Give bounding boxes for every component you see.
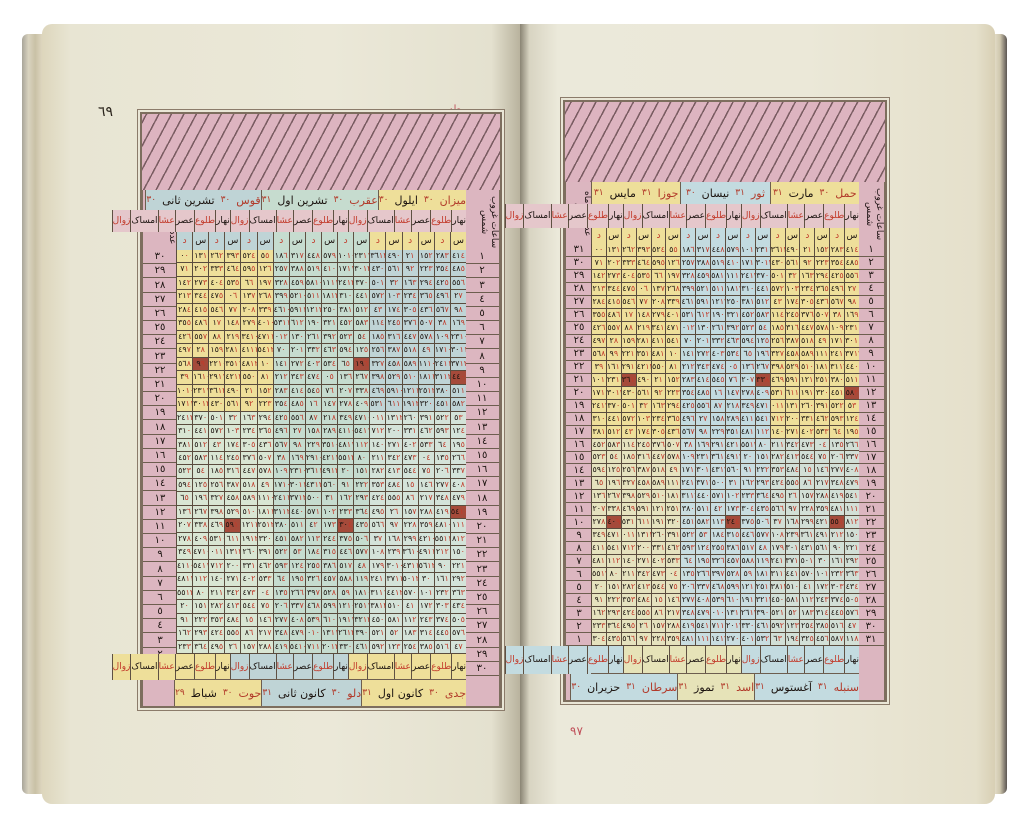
table-cell: ٢٢٣ xyxy=(418,263,434,276)
table-cell: ٤١٣ xyxy=(224,600,240,613)
table-cell: ٢٢٨ xyxy=(799,503,814,516)
table-cell: ١٤٠ xyxy=(770,426,785,439)
column-header: طلوع xyxy=(312,210,333,232)
table-cell: ١٨٥ xyxy=(369,331,385,344)
left-row-number-column: عدد ایام ماه رومی ٣٠٢٩٢٨٢٧٢٦٢٥٢٤٢٣٢٢٢١٢٠… xyxy=(142,190,178,706)
table-cell: ٢٣١٠ xyxy=(289,465,305,478)
table-cell: ١٨١٢ xyxy=(725,283,740,296)
table-cell: ٣٣٠ xyxy=(740,620,755,633)
table-cell: ٤١٣ xyxy=(385,465,401,478)
table-cell: ٢٢٢ xyxy=(755,464,770,477)
table-cell: ١٧٢ xyxy=(814,581,829,594)
table-cell: ١٥١ xyxy=(755,451,770,464)
table-cell: ٢٧١ xyxy=(224,573,240,586)
table-cell: ٤٦١٠ xyxy=(680,296,695,309)
table-cell: ٣٣٩ xyxy=(257,304,273,317)
table-cell: ٦٦ xyxy=(651,270,666,283)
table-cell: ٥٣٤ xyxy=(725,348,740,361)
table-cell: ٥٢٩ xyxy=(224,506,240,519)
table-cell: ٢٢٢ xyxy=(353,479,369,492)
table-cell: ١٦١ xyxy=(829,555,844,568)
table-cell: ١٣١ xyxy=(192,250,208,263)
table-cell: ٣١٧ xyxy=(695,244,710,257)
table-cell: ٤٠٣ xyxy=(710,348,725,361)
unit-header: س xyxy=(695,228,710,244)
table-cell: ١٢٤ xyxy=(844,413,859,426)
table-cell: ٤٩٥ xyxy=(621,620,636,633)
table-cell: ٧١ xyxy=(176,263,192,276)
table-cell: ٢٩١٠ xyxy=(305,452,321,465)
table-cell: ٦١١ xyxy=(785,387,800,400)
table-cell: ١٦١ xyxy=(434,573,450,586)
table-cell: ٣٦١٠ xyxy=(799,529,814,542)
row-number: ١٨ xyxy=(858,464,884,477)
table-cell: ١٢١١ xyxy=(240,519,256,532)
table-cell: ٣٠١١ xyxy=(450,344,466,357)
month-days: ٣٠ xyxy=(571,682,581,692)
table-cell: ٤٨١٠ xyxy=(680,633,695,646)
table-cell: ٥٣١٠ xyxy=(621,516,636,529)
table-cell: ٤١٥ xyxy=(192,304,208,317)
table-cell: ١٩٥ xyxy=(844,426,859,439)
table-cell: ١٣١٢ xyxy=(785,400,800,413)
table-cell: ٥٢٣ xyxy=(176,465,192,478)
table-cell: ٥٢٤ xyxy=(651,244,666,257)
table-cell: ٨٠ xyxy=(755,439,770,452)
table-cell: ٢١١ xyxy=(369,452,385,465)
table-cell: ١٤٦ xyxy=(665,594,680,607)
month-name: مایس xyxy=(610,187,636,200)
unit-header: د xyxy=(434,232,450,250)
unit-header: س xyxy=(844,228,859,244)
table-cell: ١٨١١ xyxy=(257,506,273,519)
table-cell: ٤٣٠ xyxy=(770,257,785,270)
table-cell: ٢٦٧ xyxy=(192,506,208,519)
table-cell: ٥٤٦ xyxy=(621,296,636,309)
table-cell: ٢٧١ xyxy=(636,555,651,568)
table-cell: ٣٦٤ xyxy=(606,620,621,633)
table-cell: ٢٤٥ xyxy=(785,309,800,322)
table-cell: ٣٤٢ xyxy=(385,452,401,465)
table-cell: ١٥٧ xyxy=(240,641,256,654)
table-cell: ١٢٥ xyxy=(755,335,770,348)
table-cell: ٢٦ xyxy=(385,506,401,519)
table-cell: ٢١٢ xyxy=(434,546,450,559)
row-number: ٢٢ xyxy=(465,548,499,562)
table-cell: ٢٢١٠ xyxy=(621,348,636,361)
table-cell: ٥٣ xyxy=(450,412,466,425)
table-cell: ٥٦٦ xyxy=(621,633,636,646)
table-cell: ٣٢٠ xyxy=(418,398,434,411)
table-cell: ١٤٨ xyxy=(636,309,651,322)
column-header: عشا xyxy=(394,210,411,232)
table-cell: ٥٧٨ xyxy=(665,451,680,464)
row-number: ٢٦ xyxy=(465,605,499,619)
table-cell: ٥٩٩ xyxy=(321,600,337,613)
table-cell: ٥٤١٢ xyxy=(665,335,680,348)
table-cell: ٦١١ xyxy=(636,516,651,529)
table-cell: ٤١ xyxy=(799,581,814,594)
row-number: ٢٦ xyxy=(566,309,592,322)
table-cell: ٣٨٧ xyxy=(636,464,651,477)
table-cell: ٣٣٣ xyxy=(621,257,636,270)
column-header: نهار xyxy=(726,204,741,228)
table-cell: ٤٤١٢ xyxy=(385,587,401,600)
table-cell: ١٢٣ xyxy=(785,620,800,633)
table-cell: ٤٦٩ xyxy=(369,385,385,398)
column-header: امساک xyxy=(523,204,550,228)
table-cell: ٥٢٣ xyxy=(337,331,353,344)
table-cell: ٢٥٧ xyxy=(273,263,289,276)
column-header: زوال xyxy=(741,646,760,674)
row-number: ٣ xyxy=(858,270,884,283)
table-cell: ٣٥١١ xyxy=(636,348,651,361)
column-header: نهار xyxy=(451,654,466,680)
table-cell: ٠٦ xyxy=(224,290,240,303)
table-cell: ٢٠٧ xyxy=(740,374,755,387)
table-cell: ٣٥٩ xyxy=(418,519,434,532)
table-cell: ٥١٠ xyxy=(385,600,401,613)
table-cell: ٩٨ xyxy=(695,426,710,439)
table-cell: ٥٨١ xyxy=(385,614,401,627)
column-header: طلوع xyxy=(587,646,608,674)
unit-header: د xyxy=(680,228,695,244)
table-cell: ٣٢ xyxy=(385,277,401,290)
table-cell: ١٠١٠ xyxy=(740,244,755,257)
column-header: عصر xyxy=(293,210,312,232)
month-footer: سرطان٣١حزیران٣٠ xyxy=(570,674,677,700)
table-cell: ٢٦٨ xyxy=(665,283,680,296)
table-cell: ٥٧٩ xyxy=(321,250,337,263)
month-header: عقرب٣٠تشرین اول٣١ xyxy=(261,190,378,210)
table-cell: ٣٠١٠ xyxy=(385,560,401,573)
table-cell: ٥١٧ xyxy=(337,560,353,573)
row-number: ٧ xyxy=(143,577,177,591)
row-number: ٢٦ xyxy=(143,307,177,321)
table-cell: ٢٩٣ xyxy=(755,477,770,490)
table-cell: ٥١٨ xyxy=(799,335,814,348)
table-cell: ١٧١٠ xyxy=(680,464,695,477)
table-cell: ٥٣٥ xyxy=(636,270,651,283)
table-cell: ٥٤٤ xyxy=(651,581,666,594)
table-cell: ١٩٠ xyxy=(305,317,321,330)
table-cell: ٣١٤ xyxy=(814,607,829,620)
row-number: ٥ xyxy=(465,307,499,321)
column-header-row: نهارطلوععصرعشاامساکزوالنهارطلوععصرعشاامس… xyxy=(176,210,466,232)
table-cell: ١١٩ xyxy=(353,573,369,586)
table-cell: ٢٠٨ xyxy=(240,304,256,317)
table-cell: ٤٧٩ xyxy=(450,492,466,505)
folio-number: ٦٩ xyxy=(98,104,113,120)
row-number: ١٥ xyxy=(143,463,177,477)
row-number: ٦ xyxy=(465,321,499,335)
table-cell: ٣٢١٢ xyxy=(353,614,369,627)
table-cell: ٥٩٩ xyxy=(725,581,740,594)
row-number: ٤ xyxy=(465,293,499,307)
table-cell: ٥٧١ xyxy=(710,490,725,503)
column-header: نهار xyxy=(726,646,741,674)
table-cell: ٤٦٩ xyxy=(208,519,224,532)
table-cell: ٤٤٨ xyxy=(710,244,725,257)
column-header: عصر xyxy=(175,210,194,232)
table-cell: ٣٤٤ xyxy=(192,290,208,303)
highlighted-cell: ٣٣٨ xyxy=(755,374,770,387)
table-cell: ٣٩٧ xyxy=(305,587,321,600)
table-cell: ٣٢ xyxy=(224,412,240,425)
table-cell: ٤٣ xyxy=(369,304,385,317)
unit-header: س xyxy=(814,228,829,244)
table-cell: ٤١٠ xyxy=(321,263,337,276)
page-mark: ٩٧ xyxy=(570,724,583,738)
column-header: عصر xyxy=(411,210,430,232)
table-cell: ٤٤٥ xyxy=(434,627,450,640)
table-cell: ٥٢٨ xyxy=(725,568,740,581)
table-cell: ١٠١٠ xyxy=(176,385,192,398)
table-cell: ٣٨٧ xyxy=(385,344,401,357)
table-cell: ٢٨٨ xyxy=(814,490,829,503)
month-days: ٣١ xyxy=(262,688,272,698)
table-cell: ٥٩٢ xyxy=(369,641,385,654)
row-number: ٣١ xyxy=(858,633,884,646)
table-cell: ٤١٤ xyxy=(289,385,305,398)
table-cell: ١٩٦ xyxy=(192,492,208,505)
unit-header: د xyxy=(369,232,385,250)
table-cell: ٢٨٢ xyxy=(621,581,636,594)
table-cell: ٥٥١٢ xyxy=(740,439,755,452)
table-cell: ٤٣٤ xyxy=(450,600,466,613)
row-number: ٢٨ xyxy=(566,283,592,296)
table-cell: ٧٠ xyxy=(680,335,695,348)
table-cell: ١٧٣ xyxy=(725,503,740,516)
table-cell: ٢٠٦ xyxy=(434,465,450,478)
table-cell: ١٧٤ xyxy=(785,296,800,309)
table-cell: ٣٨٧ xyxy=(785,335,800,348)
row-number: ٤ xyxy=(566,594,592,607)
table-cell: ٣٧٤ xyxy=(829,594,844,607)
table-cell: ٥٧٠ xyxy=(799,568,814,581)
table-cell: ٥٩ xyxy=(337,587,353,600)
row-number: ٧ xyxy=(566,555,592,568)
table-cell: ٤٤٨ xyxy=(305,250,321,263)
table-cell: ٥٨١ xyxy=(785,594,800,607)
table-cell: ٤٨٦ xyxy=(606,309,621,322)
row-number: ٢٣ xyxy=(566,348,592,361)
table-cell: ٤٠٨ xyxy=(844,464,859,477)
table-cell: ٧٠ xyxy=(273,344,289,357)
table-cell: ٢٣٩ xyxy=(785,529,800,542)
table-cell: ٣٧٠ xyxy=(353,277,369,290)
table-cell: ١٥٩ xyxy=(208,344,224,357)
row-number: ٣٠ xyxy=(566,257,592,270)
table-cell: ٢٥٦ xyxy=(369,344,385,357)
table-cell: ٥١٢ xyxy=(755,296,770,309)
zodiac-name: میزان xyxy=(440,194,466,207)
zodiac-days: ٣٠ xyxy=(223,688,233,698)
month-days: ٣١ xyxy=(678,682,688,692)
table-cell: ٤١١٠ xyxy=(337,425,353,438)
table-cell: ٨٦ xyxy=(799,477,814,490)
table-cell: ٣٤٩ xyxy=(337,412,353,425)
table-cell: ٣٤٨ xyxy=(680,607,695,620)
table-cell: ١٣١ xyxy=(606,244,621,257)
table-cell: ٣٨١ xyxy=(740,296,755,309)
month-days: ٣١ xyxy=(362,688,372,698)
table-cell: ٥٧٧ xyxy=(353,546,369,559)
table-cell: ١١١ xyxy=(450,519,466,532)
table-cell: ١٤٦ xyxy=(418,479,434,492)
table-cell: ٣٧٥ xyxy=(337,533,353,546)
table-cell: ٢١٧ xyxy=(418,492,434,505)
zodiac-days: ٣١ xyxy=(642,188,652,198)
row-number: ١٨ xyxy=(465,491,499,505)
column-header: طلوع xyxy=(705,204,726,228)
table-cell: ٤٥٨ xyxy=(636,477,651,490)
row-number: ٢٠ xyxy=(465,520,499,534)
data-grid: ٠٠١٣١٢٦٢٣٩٣٥٢٤٥٥١٨٦٣١٧٤٤٨٥٧٩١٠١٠٢٣١١٣٦١٢… xyxy=(591,244,859,646)
table-cell: ٥٠١٢ xyxy=(402,573,418,586)
table-cell: ٢٧ xyxy=(695,413,710,426)
table-cell: ١١٤ xyxy=(369,317,385,330)
table-cell: ٤٢١١ xyxy=(321,452,337,465)
table-cell: ١٤٨ xyxy=(224,317,240,330)
table-cell: ٣٧٥ xyxy=(740,516,755,529)
table-cell: ٤٢ xyxy=(305,519,321,532)
table-cell: ٧٥ xyxy=(814,451,829,464)
table-cell: ٣٢ xyxy=(636,400,651,413)
month-header: قوس٣٠تشرین ثانی٣٠ xyxy=(145,190,260,210)
row-number: ٧ xyxy=(858,322,884,335)
table-cell: ٣٠٣ xyxy=(829,581,844,594)
table-cell: ٣٣١ xyxy=(651,542,666,555)
table-cell: ٢٦٦ xyxy=(695,568,710,581)
unit-header: س xyxy=(418,232,434,250)
row-number: ٢٨ xyxy=(143,278,177,292)
row-number: ١١ xyxy=(566,503,592,516)
table-cell: ١٩١٢ xyxy=(799,387,814,400)
highlighted-cell: ٣٠٤ xyxy=(337,519,353,532)
highlighted-cell: ٥٨٢ xyxy=(844,387,859,400)
table-cell: ١٨٣ xyxy=(799,607,814,620)
table-cell: ٤٩١٢ xyxy=(725,451,740,464)
table-cell: ٤٦٤ xyxy=(224,263,240,276)
table-cell: ٢٢٣ xyxy=(814,257,829,270)
table-cell: ١٦١٠ xyxy=(606,361,621,374)
table-cell: ٤١٤ xyxy=(844,244,859,257)
table-cell: ٧٦ xyxy=(725,374,740,387)
table-cell: ٥١١ xyxy=(710,283,725,296)
table-cell: ٤٢١٠ xyxy=(418,533,434,546)
table-cell: ١٨١٢ xyxy=(321,290,337,303)
table-cell: ١٨٦ xyxy=(680,244,695,257)
row-number: ٣ xyxy=(143,633,177,647)
table-cell: ٥٩٢ xyxy=(770,620,785,633)
right-foot-label xyxy=(465,678,499,704)
table-cell: ٤٧٤ xyxy=(305,371,321,384)
table-cell: ٢٥١٢ xyxy=(814,374,829,387)
row-number: ١٢ xyxy=(465,406,499,420)
row-number: ٩ xyxy=(566,529,592,542)
table-cell: ٣٧١٢ xyxy=(844,348,859,361)
table-cell: ٥٢٤ xyxy=(240,250,256,263)
table-cell: ٥٩ xyxy=(740,568,755,581)
table-cell: ٢٥٦ xyxy=(770,335,785,348)
row-number: ٢٧ xyxy=(858,581,884,594)
table-cell: ١٧١٠ xyxy=(434,344,450,357)
table-cell: ٨٨ xyxy=(621,322,636,335)
table-cell: ٤٨١٠ xyxy=(829,503,844,516)
table-cell: ٢٨٣ xyxy=(434,250,450,263)
table-cell: ٢٤١١ xyxy=(273,492,289,505)
table-cell: ٣٣٣ xyxy=(208,263,224,276)
row-number: ١٥ xyxy=(858,426,884,439)
row-number: ١٩ xyxy=(566,400,592,413)
row-number: ١٨ xyxy=(143,420,177,434)
data-grid: ٠٠١٣١٢٦٢٣٩٣٥٢٤٥٥١٨٦٣١٧٤٤٨٥٧٩١٠١٠٢٣١١٣٦١٢… xyxy=(176,250,466,654)
table-cell: ٤١٠ xyxy=(725,257,740,270)
table-cell: ٤٠١ xyxy=(740,633,755,646)
column-header: طلوع xyxy=(194,654,215,680)
table-cell: ٣١١٢ xyxy=(829,361,844,374)
table-cell: ٣٩٠ xyxy=(755,607,770,620)
table-cell: ٥٩٣ xyxy=(829,413,844,426)
table-cell: ٥٨٢ xyxy=(450,398,466,411)
table-cell: ٣٩٨ xyxy=(621,490,636,503)
table-cell: ٢٣١١ xyxy=(606,374,621,387)
table-cell: ٤٣٠ xyxy=(208,398,224,411)
table-cell: ٣٧١١ xyxy=(785,555,800,568)
table-cell: ١١٣ xyxy=(305,533,321,546)
table-cell: ٤٨٤ xyxy=(636,594,651,607)
table-cell: ٦٤ xyxy=(829,426,844,439)
table-cell: ٦١١ xyxy=(224,533,240,546)
unit-header: س xyxy=(450,232,466,250)
row-number: ٢٨ xyxy=(465,633,499,647)
table-cell: ٣٧ xyxy=(770,516,785,529)
table-cell: ٥٣٣ xyxy=(814,426,829,439)
table-cell: ٢٣٤ xyxy=(799,283,814,296)
table-cell: ٤٦٩ xyxy=(621,503,636,516)
row-number: ٢٥ xyxy=(143,321,177,335)
table-cell: ١٨١١ xyxy=(665,490,680,503)
table-cell: ٤٣٦ xyxy=(814,296,829,309)
table-cell: ٥٢٩ xyxy=(785,361,800,374)
month-header: حمل٣٠مارت٣١ xyxy=(770,182,859,204)
table-cell: ٥٤ xyxy=(755,322,770,335)
table-cell: ٣٨٠ xyxy=(680,503,695,516)
table-cell: ١٣٦ xyxy=(591,490,606,503)
table-cell: ٦١٠ xyxy=(321,614,337,627)
table-cell: ٥٦٧ xyxy=(680,426,695,439)
zodiac-name: حوت xyxy=(239,687,262,700)
table-cell: ٣١١٢ xyxy=(680,490,695,503)
table-cell: ٥١١ xyxy=(305,290,321,303)
column-header: زوال xyxy=(505,646,524,674)
table-cell: ٥٦١ xyxy=(385,263,401,276)
table-cell: ١٠٢ xyxy=(321,506,337,519)
table-cell: ٠١١ xyxy=(770,400,785,413)
table-cell: ١٠ xyxy=(665,348,680,361)
month-days: ٣٠ xyxy=(146,195,156,205)
table-cell: ٣٨١ xyxy=(176,439,192,452)
table-cell: ٢٩٩ xyxy=(402,533,418,546)
table-cell: ١٠٣ xyxy=(224,425,240,438)
table-cell: ٥٢٢ xyxy=(829,400,844,413)
table-cell: ٦٥ xyxy=(591,477,606,490)
table-cell: ٢٩٤ xyxy=(665,400,680,413)
column-header: نهار xyxy=(333,210,348,232)
table-cell: ٣٦٥ xyxy=(814,283,829,296)
table-cell: ٨١ xyxy=(665,361,680,374)
